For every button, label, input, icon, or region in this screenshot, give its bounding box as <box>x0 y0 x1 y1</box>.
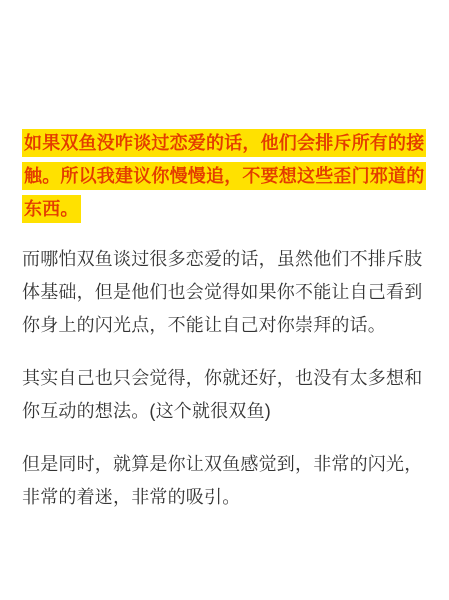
note-page: 如果双鱼没咋谈过恋爱的话，他们会排斥所有的接触。所以我建议你慢慢追，不要想这些歪… <box>0 0 449 600</box>
body-paragraph-1: 而哪怕双鱼谈过很多恋爱的话，虽然他们不排斥肢体基础，但是他们也会觉得如果你不能让… <box>22 243 428 342</box>
body-paragraph-3: 但是同时，就算是你让双鱼感觉到，非常的闪光，非常的着迷，非常的吸引。 <box>22 448 428 514</box>
highlight-mark: 如果双鱼没咋谈过恋爱的话，他们会排斥所有的接触。所以我建议你慢慢追，不要想这些歪… <box>22 129 426 223</box>
body-paragraph-2: 其实自己也只会觉得，你就还好，也没有太多想和你互动的想法。(这个就很双鱼) <box>22 362 428 428</box>
highlighted-paragraph: 如果双鱼没咋谈过恋爱的话，他们会排斥所有的接触。所以我建议你慢慢追，不要想这些歪… <box>22 127 428 226</box>
